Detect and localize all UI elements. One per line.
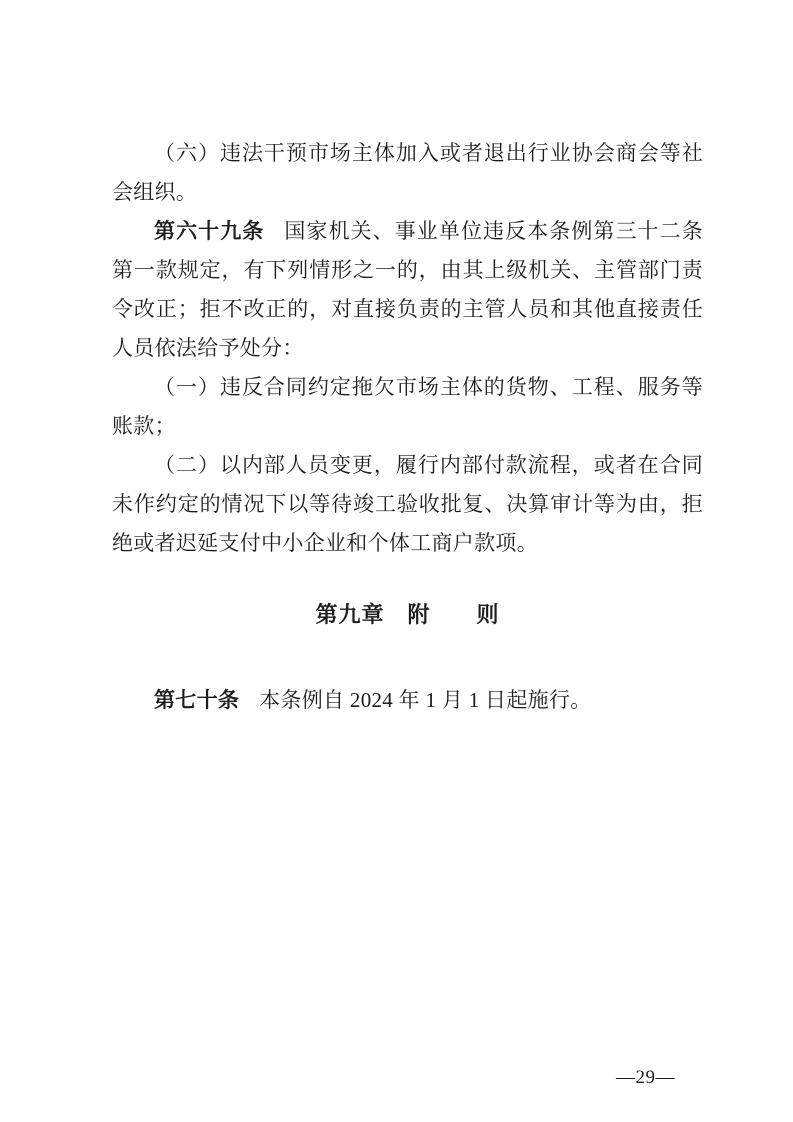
paragraph-item-one: （一）违反合同约定拖欠市场主体的货物、工程、服务等账款；	[112, 368, 703, 446]
article-70-text: 本条例自 2024 年 1 月 1 日起施行。	[259, 688, 591, 712]
document-content: （六）违法干预市场主体加入或者退出行业协会商会等社会组织。 第六十九条国家机关、…	[112, 134, 703, 720]
paragraph-article-69: 第六十九条国家机关、事业单位违反本条例第三十二条第一款规定，有下列情形之一的，由…	[112, 212, 703, 368]
paragraph-item-six: （六）违法干预市场主体加入或者退出行业协会商会等社会组织。	[112, 134, 703, 212]
paragraph-item-two: （二）以内部人员变更，履行内部付款流程，或者在合同未作约定的情况下以等待竣工验收…	[112, 446, 703, 563]
article-69-label: 第六十九条	[154, 220, 264, 243]
article-70-label: 第七十条	[154, 689, 239, 712]
paragraph-article-70: 第七十条本条例自 2024 年 1 月 1 日起施行。	[112, 681, 703, 720]
document-page: （六）违法干预市场主体加入或者退出行业协会商会等社会组织。 第六十九条国家机关、…	[0, 0, 793, 1122]
page-number: —29—	[616, 1064, 675, 1092]
chapter-nine-heading: 第九章 附 则	[112, 596, 703, 633]
